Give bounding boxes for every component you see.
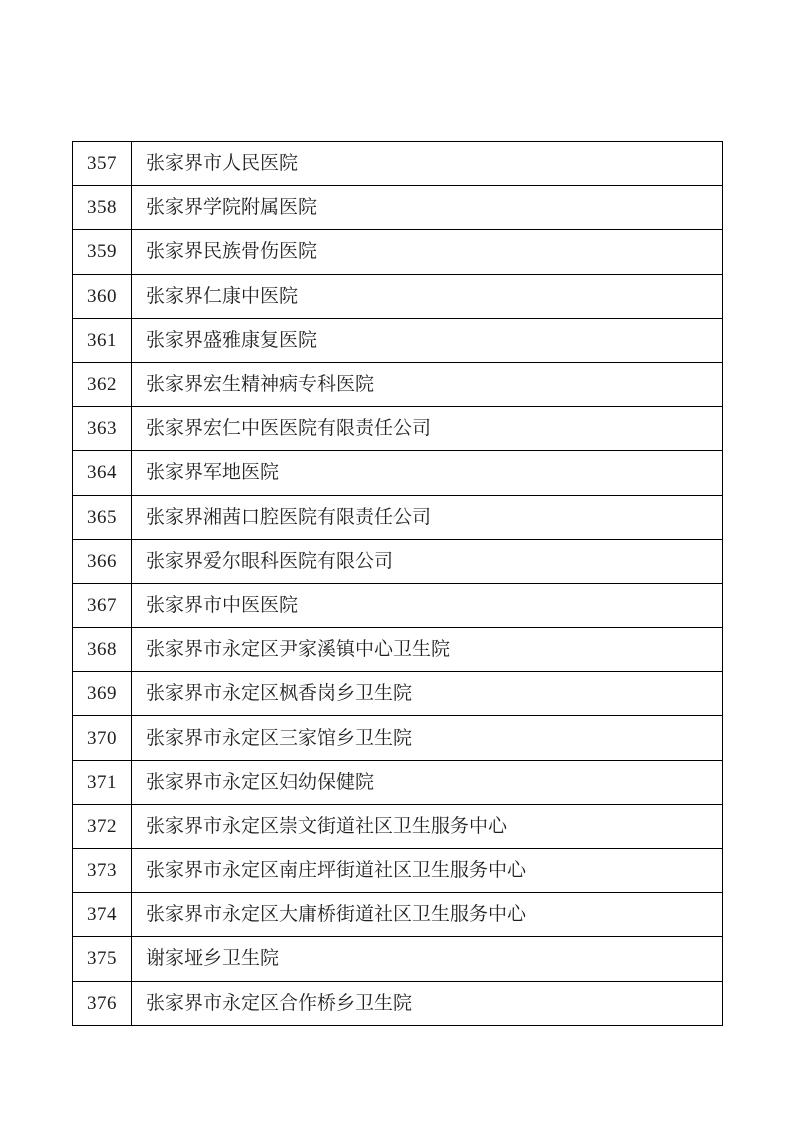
hospital-name: 张家界市永定区尹家溪镇中心卫生院: [132, 628, 723, 672]
row-number: 357: [73, 142, 132, 186]
hospital-name: 张家界市永定区崇文街道社区卫生服务中心: [132, 804, 723, 848]
hospital-name: 张家界市永定区三家馆乡卫生院: [132, 716, 723, 760]
table-row: 361张家界盛雅康复医院: [73, 318, 723, 362]
row-number: 374: [73, 893, 132, 937]
table-row: 358张家界学院附属医院: [73, 186, 723, 230]
table-row: 375谢家垭乡卫生院: [73, 937, 723, 981]
hospital-name: 张家界学院附属医院: [132, 186, 723, 230]
table-row: 357张家界市人民医院: [73, 142, 723, 186]
hospital-name: 张家界市永定区大庸桥街道社区卫生服务中心: [132, 893, 723, 937]
row-number: 367: [73, 583, 132, 627]
table-row: 360张家界仁康中医院: [73, 274, 723, 318]
hospital-name: 张家界市永定区妇幼保健院: [132, 760, 723, 804]
row-number: 366: [73, 539, 132, 583]
row-number: 371: [73, 760, 132, 804]
hospital-table: 357张家界市人民医院358张家界学院附属医院359张家界民族骨伤医院360张家…: [72, 141, 723, 1026]
row-number: 373: [73, 849, 132, 893]
hospital-name: 张家界市永定区枫香岗乡卫生院: [132, 672, 723, 716]
row-number: 359: [73, 230, 132, 274]
table-row: 369张家界市永定区枫香岗乡卫生院: [73, 672, 723, 716]
table-row: 365张家界湘茜口腔医院有限责任公司: [73, 495, 723, 539]
row-number: 361: [73, 318, 132, 362]
table-row: 363张家界宏仁中医医院有限责任公司: [73, 407, 723, 451]
hospital-name: 张家界爱尔眼科医院有限公司: [132, 539, 723, 583]
row-number: 372: [73, 804, 132, 848]
hospital-name: 张家界仁康中医院: [132, 274, 723, 318]
hospital-name: 张家界市永定区合作桥乡卫生院: [132, 981, 723, 1025]
hospital-name: 张家界宏仁中医医院有限责任公司: [132, 407, 723, 451]
row-number: 364: [73, 451, 132, 495]
hospital-name: 张家界宏生精神病专科医院: [132, 362, 723, 406]
row-number: 363: [73, 407, 132, 451]
hospital-name: 张家界民族骨伤医院: [132, 230, 723, 274]
row-number: 365: [73, 495, 132, 539]
row-number: 368: [73, 628, 132, 672]
document-page: 357张家界市人民医院358张家界学院附属医院359张家界民族骨伤医院360张家…: [0, 0, 793, 1122]
table-row: 374张家界市永定区大庸桥街道社区卫生服务中心: [73, 893, 723, 937]
hospital-table-body: 357张家界市人民医院358张家界学院附属医院359张家界民族骨伤医院360张家…: [73, 142, 723, 1026]
table-row: 368张家界市永定区尹家溪镇中心卫生院: [73, 628, 723, 672]
row-number: 375: [73, 937, 132, 981]
row-number: 370: [73, 716, 132, 760]
row-number: 358: [73, 186, 132, 230]
table-row: 364张家界军地医院: [73, 451, 723, 495]
hospital-name: 张家界湘茜口腔医院有限责任公司: [132, 495, 723, 539]
table-row: 366张家界爱尔眼科医院有限公司: [73, 539, 723, 583]
row-number: 369: [73, 672, 132, 716]
row-number: 360: [73, 274, 132, 318]
row-number: 362: [73, 362, 132, 406]
hospital-name: 张家界市永定区南庄坪街道社区卫生服务中心: [132, 849, 723, 893]
table-row: 367张家界市中医医院: [73, 583, 723, 627]
row-number: 376: [73, 981, 132, 1025]
table-row: 362张家界宏生精神病专科医院: [73, 362, 723, 406]
hospital-name: 张家界盛雅康复医院: [132, 318, 723, 362]
table-row: 371张家界市永定区妇幼保健院: [73, 760, 723, 804]
table-row: 376张家界市永定区合作桥乡卫生院: [73, 981, 723, 1025]
table-row: 372张家界市永定区崇文街道社区卫生服务中心: [73, 804, 723, 848]
hospital-name: 谢家垭乡卫生院: [132, 937, 723, 981]
table-row: 359张家界民族骨伤医院: [73, 230, 723, 274]
table-row: 370张家界市永定区三家馆乡卫生院: [73, 716, 723, 760]
table-row: 373张家界市永定区南庄坪街道社区卫生服务中心: [73, 849, 723, 893]
hospital-name: 张家界市人民医院: [132, 142, 723, 186]
hospital-name: 张家界市中医医院: [132, 583, 723, 627]
hospital-name: 张家界军地医院: [132, 451, 723, 495]
